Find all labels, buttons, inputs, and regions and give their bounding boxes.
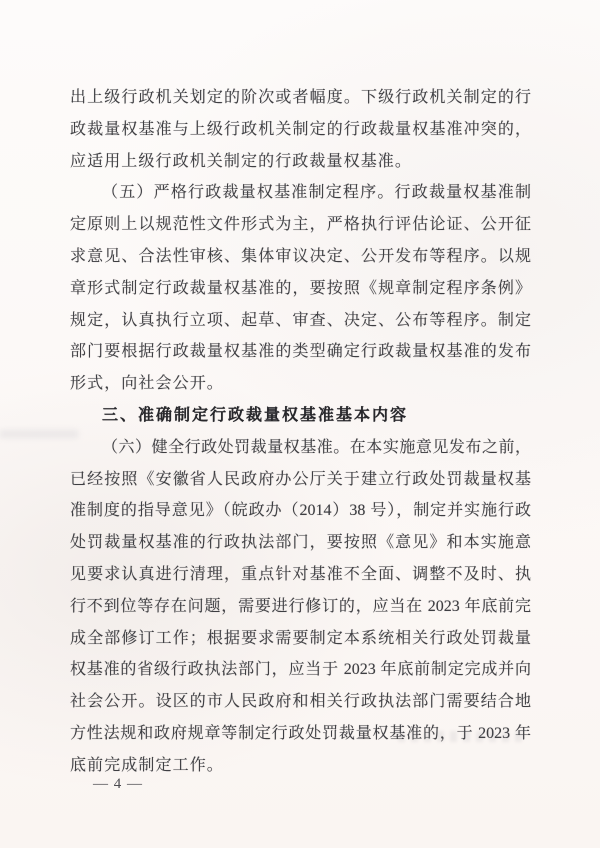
text-line: 处罚裁量权基准的行政执法部门，要按照《意见》和本实施意 — [70, 527, 531, 559]
text-line: 见要求认真进行清理，重点针对基准不全面、调整不及时、执 — [70, 559, 531, 591]
scan-smudge-artifact — [0, 430, 78, 438]
text-line: 已经按照《安徽省人民政府办公厅关于建立行政处罚裁量权基 — [70, 464, 531, 496]
document-body: 出上级行政机关划定的阶次或者幅度。下级行政机关制定的行 政裁量权基准与上级行政机… — [70, 82, 531, 782]
text-line: 应适用上级行政机关制定的行政裁量权基准。 — [70, 146, 531, 178]
text-line: 规定，认真执行立项、起草、审查、决定、公布等程序。制定 — [70, 305, 531, 337]
section-heading: 三、准确制定行政裁量权基准基本内容 — [70, 400, 531, 432]
text-line: 求意见、合法性审核、集体审议决定、公开发布等程序。以规 — [70, 241, 531, 273]
text-line: 部门要根据行政裁量权基准的类型确定行政裁量权基准的发布 — [70, 336, 531, 368]
text-line: 形式，向社会公开。 — [70, 368, 531, 400]
text-line: 出上级行政机关划定的阶次或者幅度。下级行政机关制定的行 — [70, 82, 531, 114]
text-line: 章形式制定行政裁量权基准的，要按照《规章制定程序条例》 — [70, 273, 531, 305]
paragraph-start-line: （六）健全行政处罚裁量权基准。在本实施意见发布之前， — [70, 432, 531, 464]
page-number: — 4 — — [93, 776, 143, 793]
text-line: 成全部修订工作；根据要求需要制定本系统相关行政处罚裁量 — [70, 623, 531, 655]
text-line: 方性法规和政府规章等制定行政处罚裁量权基准的，于 2023 年 — [70, 718, 531, 750]
text-line: 定原则上以规范性文件形式为主，严格执行评估论证、公开征 — [70, 209, 531, 241]
text-line: 社会公开。设区的市人民政府和相关行政执法部门需要结合地 — [70, 686, 531, 718]
document-page: 出上级行政机关划定的阶次或者幅度。下级行政机关制定的行 政裁量权基准与上级行政机… — [0, 0, 600, 848]
text-line: 行不到位等存在问题，需要进行修订的，应当在 2023 年底前完 — [70, 591, 531, 623]
paragraph-start-line: （五）严格行政裁量权基准制定程序。行政裁量权基准制 — [70, 177, 531, 209]
text-line: 权基准的省级行政执法部门，应当于 2023 年底前制定完成并向 — [70, 654, 531, 686]
text-line: 准制度的指导意见》（皖政办（2014）38 号），制定并实施行政 — [70, 495, 531, 527]
text-line: 政裁量权基准与上级行政机关制定的行政裁量权基准冲突的， — [70, 114, 531, 146]
